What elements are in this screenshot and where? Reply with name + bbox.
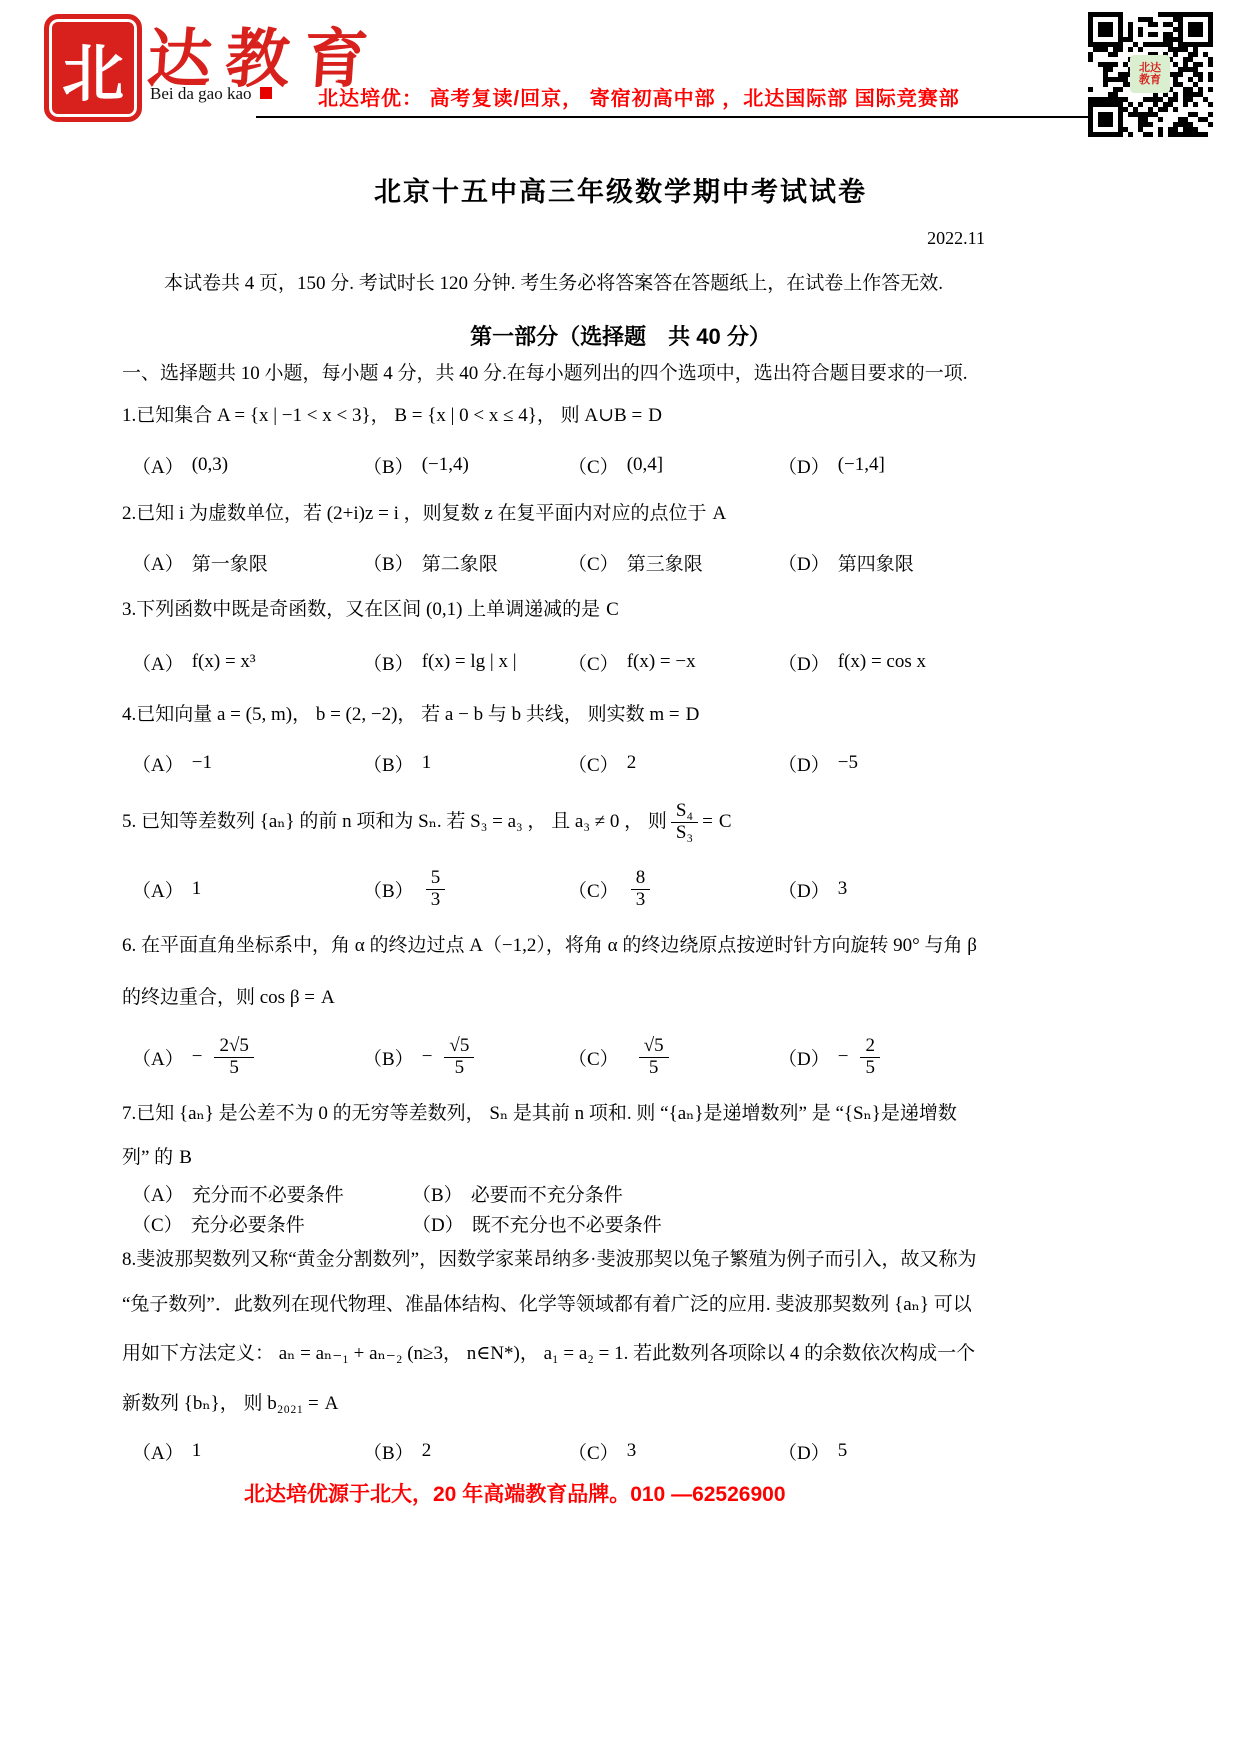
option-c: （C）充分必要条件 (132, 1210, 412, 1237)
question-7-stem-line1: 7.已知 {aₙ} 是公差不为 0 的无穷等差数列， Sₙ 是其前 n 项和. … (122, 1090, 1151, 1138)
option-a-label: （A） (132, 1438, 184, 1465)
question-3-options: （A）f(x) = x³ （B）f(x) = lg | x | （C）f(x) … (122, 634, 1151, 690)
option-d: （D）3 (778, 876, 1151, 903)
option-a: （A）1 (132, 876, 363, 903)
question-5-options: （A）1 （B）53 （C）83 （D）3 (122, 858, 1151, 920)
option-c-value: 2 (627, 752, 637, 774)
option-c-label: （C） (132, 1210, 183, 1237)
option-d-label: （D） (778, 1044, 830, 1071)
option-d-label: （D） (778, 1438, 830, 1465)
question-2-stem: 2.已知 i 为虚数单位，若 (2+i)z = i ，则复数 z 在复平面内对应… (122, 490, 1151, 538)
option-d-value: 第四象限 (838, 549, 914, 576)
question-7-answer: B (179, 1146, 192, 1170)
question-4-answer: D (686, 703, 700, 727)
brand-seal-logo: 北 (44, 14, 142, 122)
option-d-label: （D） (778, 649, 830, 676)
question-6-stem-line1: 6. 在平面直角坐标系中，角 α 的终边过点 A（−1,2），将角 α 的终边绕… (122, 920, 1151, 972)
fraction-denominator: 5 (450, 1058, 470, 1079)
red-square-icon (260, 87, 272, 99)
option-a: （A）1 (132, 1438, 363, 1465)
option-a: （A）−1 (132, 750, 363, 777)
question-8-answer: A (325, 1392, 339, 1416)
option-a: （A）−2√55 (132, 1036, 363, 1079)
question-8-options: （A）1 （B）2 （C）3 （D）5 (122, 1428, 1151, 1474)
option-d: （D）(−1,4] (778, 452, 1151, 479)
option-d-label: （D） (778, 452, 830, 479)
option-b-value: 1 (422, 752, 432, 774)
exam-notice: 本试卷共 4 页，150 分. 考试时长 120 分钟. 考生务必将答案答在答题… (122, 268, 1141, 295)
question-1-options: （A）(0,3) （B）(−1,4) （C）(0,4] （D）(−1,4] (122, 440, 1151, 490)
option-b-label: （B） (363, 452, 414, 479)
option-a: （A）f(x) = x³ (132, 649, 363, 676)
option-c-label: （C） (568, 1044, 619, 1071)
questions-area: 1.已知集合 A = {x | −1 < x < 3}， B = {x | 0 … (122, 392, 1151, 1474)
option-b: （B）−√55 (363, 1036, 568, 1079)
brand-subtext-label: Bei da gao kao (150, 84, 252, 103)
fraction-numerator: 5 (426, 868, 446, 890)
option-d: （D）f(x) = cos x (778, 649, 1151, 676)
option-b-label: （B） (363, 649, 414, 676)
option-c-fraction: 83 (631, 868, 651, 911)
question-5-stem: 5. 已知等差数列 {aₙ} 的前 n 项和为 Sₙ. 若 S₃ = a₃ ， … (122, 786, 1151, 858)
question-8-text-line2: “兔子数列”．此数列在现代物理、准晶体结构、化学等领域都有着广泛的应用. 斐波那… (122, 1293, 972, 1317)
option-a-value: 第一象限 (192, 549, 268, 576)
fraction-denominator: 5 (224, 1058, 244, 1079)
fraction-numerator: 2√5 (214, 1036, 253, 1058)
option-a-value: 1 (192, 1440, 202, 1462)
question-3-answer: C (606, 598, 619, 622)
option-b: （B）53 (363, 868, 568, 911)
qr-center-badge: 北达 教育 (1130, 55, 1170, 93)
question-8-stem-line1: 8.斐波那契数列又称“黄金分割数列”，因数学家莱昂纳多·斐波那契以兔子繁殖为例子… (122, 1238, 1151, 1282)
minus-sign: − (838, 1046, 849, 1068)
option-b: （B）f(x) = lg | x | (363, 649, 568, 676)
exam-paper-page: 北 达教育 Bei da gao kao 北达培优： 高考复读/回京， 寄宿初高… (0, 0, 1241, 1754)
option-b-value: 必要而不充分条件 (471, 1180, 623, 1207)
page-title: 北京十五中高三年级数学期中考试试卷 (0, 170, 1241, 209)
option-c-label: （C） (568, 1438, 619, 1465)
footer-slogan: 北达培优源于北大，20 年高端教育品牌。010 —62526900 (244, 1478, 786, 1508)
question-1-stem: 1.已知集合 A = {x | −1 < x < 3}， B = {x | 0 … (122, 392, 1151, 440)
option-c: （C）83 (568, 868, 778, 911)
question-2-text: 2.已知 i 为虚数单位，若 (2+i)z = i ，则复数 z 在复平面内对应… (122, 502, 707, 526)
option-a-value: (0,3) (192, 454, 228, 476)
option-c-value: f(x) = −x (627, 651, 696, 673)
header: 北 达教育 Bei da gao kao 北达培优： 高考复读/回京， 寄宿初高… (0, 0, 1241, 150)
option-b-value: f(x) = lg | x | (422, 651, 517, 673)
option-c-label: （C） (568, 549, 619, 576)
option-a-value: f(x) = x³ (192, 651, 256, 673)
seal-character: 北 (62, 24, 124, 113)
question-2-answer: A (713, 502, 727, 526)
question-5-answer: C (719, 810, 732, 834)
option-d-value: 既不充分也不必要条件 (472, 1210, 662, 1237)
option-c-label: （C） (568, 649, 619, 676)
fraction-denominator: 3 (631, 890, 651, 911)
option-b-label: （B） (363, 1044, 414, 1071)
option-a-value: 1 (192, 878, 202, 900)
option-a-label: （A） (132, 1044, 184, 1071)
option-a-label: （A） (132, 649, 184, 676)
option-a-label: （A） (132, 750, 184, 777)
option-b: （B）必要而不充分条件 (412, 1180, 1151, 1207)
question-6-answer: A (321, 986, 335, 1010)
option-d: （D）第四象限 (778, 549, 1151, 576)
option-c: （C）第三象限 (568, 549, 778, 576)
option-d-label: （D） (778, 549, 830, 576)
qr-badge-line1: 北达 (1139, 62, 1161, 74)
option-c-label: （C） (568, 876, 619, 903)
option-d: （D）−5 (778, 750, 1151, 777)
option-b-value: (−1,4) (422, 454, 469, 476)
fraction-numerator: 2 (860, 1036, 880, 1058)
option-a: （A）充分而不必要条件 (132, 1180, 412, 1207)
minus-sign: − (422, 1046, 433, 1068)
question-2-options: （A）第一象限 （B）第二象限 （C）第三象限 （D）第四象限 (122, 538, 1151, 586)
option-c-value: 3 (627, 1440, 637, 1462)
fraction-denominator: S₃ (671, 823, 698, 844)
part1-instruction: 一、选择题共 10 小题，每小题 4 分，共 40 分.在每小题列出的四个选项中… (122, 358, 1151, 385)
question-8-stem-line4: 新数列 {bₙ}， 则 b₂₀₂₁ = A (122, 1380, 1151, 1428)
option-d-fraction: 25 (860, 1036, 880, 1079)
question-8-stem-line2: “兔子数列”．此数列在现代物理、准晶体结构、化学等领域都有着广泛的应用. 斐波那… (122, 1282, 1151, 1328)
option-a-label: （A） (132, 1180, 184, 1207)
option-a-value: −1 (192, 752, 212, 774)
fraction-denominator: 5 (644, 1058, 664, 1079)
option-b-label: （B） (363, 1438, 414, 1465)
question-8-text-line4: 新数列 {bₙ}， 则 b₂₀₂₁ = (122, 1392, 319, 1416)
option-a-label: （A） (132, 549, 184, 576)
question-7-stem-line2: 列” 的 B (122, 1138, 1151, 1178)
fraction-numerator: √5 (444, 1036, 474, 1058)
option-b-fraction: 53 (426, 868, 446, 911)
fraction-numerator: S₄ (671, 801, 698, 823)
minus-sign: − (192, 1046, 203, 1068)
option-c-label: （C） (568, 452, 619, 479)
question-8-text-line1: 8.斐波那契数列又称“黄金分割数列”，因数学家莱昂纳多·斐波那契以兔子繁殖为例子… (122, 1248, 976, 1272)
option-d: （D）既不充分也不必要条件 (412, 1210, 1151, 1237)
question-8-stem-line3: 用如下方法定义： aₙ = aₙ₋₁ + aₙ₋₂ (n≥3， n∈N*)， a… (122, 1328, 1151, 1380)
qr-badge-line2: 教育 (1139, 74, 1161, 86)
option-b: （B）1 (363, 750, 568, 777)
fraction-numerator: √5 (639, 1036, 669, 1058)
brand-subtext: Bei da gao kao (150, 84, 272, 104)
question-6-text-line2: 的终边重合，则 cos β = (122, 986, 315, 1010)
question-6-stem-line2: 的终边重合，则 cos β = A (122, 972, 1151, 1024)
question-1-answer: D (648, 404, 662, 428)
option-c-label: （C） (568, 750, 619, 777)
option-d-value: −5 (838, 752, 858, 774)
option-d: （D）−25 (778, 1036, 1151, 1079)
option-a-label: （A） (132, 876, 184, 903)
option-c: （C）3 (568, 1438, 778, 1465)
option-a-fraction: 2√55 (214, 1036, 253, 1079)
option-d-value: f(x) = cos x (838, 651, 926, 673)
question-7-options-row1: （A）充分而不必要条件 （B）必要而不充分条件 (122, 1178, 1151, 1208)
question-6-text-line1: 6. 在平面直角坐标系中，角 α 的终边过点 A（−1,2），将角 α 的终边绕… (122, 934, 977, 958)
question-1-text: 1.已知集合 A = {x | −1 < x < 3}， B = {x | 0 … (122, 404, 642, 428)
option-c: （C）2 (568, 750, 778, 777)
option-c-value: 第三象限 (627, 549, 703, 576)
option-a: （A）(0,3) (132, 452, 363, 479)
option-d-value: (−1,4] (838, 454, 885, 476)
option-d-value: 3 (838, 878, 848, 900)
question-6-options: （A）−2√55 （B）−√55 （C）√55 （D）−25 (122, 1024, 1151, 1090)
option-d-label: （D） (778, 750, 830, 777)
option-a: （A）第一象限 (132, 549, 363, 576)
option-b-label: （B） (412, 1180, 463, 1207)
question-7-options-row2: （C）充分必要条件 （D）既不充分也不必要条件 (122, 1208, 1151, 1238)
option-b-label: （B） (363, 876, 414, 903)
header-divider (256, 116, 1106, 118)
option-b-value: 2 (422, 1440, 432, 1462)
question-7-text-line2: 列” 的 (122, 1146, 173, 1170)
option-c-value: (0,4] (627, 454, 663, 476)
option-b: （B）(−1,4) (363, 452, 568, 479)
option-c: （C）f(x) = −x (568, 649, 778, 676)
part1-heading: 第一部分（选择题 共 40 分） (0, 320, 1241, 351)
question-4-options: （A）−1 （B）1 （C）2 （D）−5 (122, 740, 1151, 786)
option-d-label: （D） (778, 876, 830, 903)
fraction-denominator: 3 (426, 890, 446, 911)
option-a-label: （A） (132, 452, 184, 479)
option-d-label: （D） (412, 1210, 464, 1237)
option-b-label: （B） (363, 750, 414, 777)
question-3-text: 3.下列函数中既是奇函数，又在区间 (0,1) 上单调递减的是 (122, 598, 600, 622)
header-tagline: 北达培优： 高考复读/回京， 寄宿初高中部 ，北达国际部 国际竞赛部 (318, 82, 960, 111)
fraction-denominator: 5 (860, 1058, 880, 1079)
option-c-value: 充分必要条件 (191, 1210, 305, 1237)
option-b-value: 第二象限 (422, 549, 498, 576)
option-d-value: 5 (838, 1440, 848, 1462)
question-5-text-pre: 5. 已知等差数列 {aₙ} 的前 n 项和为 Sₙ. 若 S₃ = a₃ ， … (122, 810, 667, 834)
option-c-fraction: √55 (639, 1036, 669, 1079)
fraction-numerator: 8 (631, 868, 651, 890)
option-b-label: （B） (363, 549, 414, 576)
fraction-s4-s3: S₄S₃ (671, 801, 698, 844)
option-c: （C）(0,4] (568, 452, 778, 479)
question-3-stem: 3.下列函数中既是奇函数，又在区间 (0,1) 上单调递减的是 C (122, 586, 1151, 634)
question-4-text: 4.已知向量 a = (5, m)， b = (2, −2)， 若 a − b … (122, 703, 680, 727)
option-b: （B）2 (363, 1438, 568, 1465)
option-d: （D）5 (778, 1438, 1151, 1465)
exam-date: 2022.11 (927, 228, 985, 249)
option-b: （B）第二象限 (363, 549, 568, 576)
option-c: （C）√55 (568, 1036, 778, 1079)
option-b-fraction: √55 (444, 1036, 474, 1079)
option-a-value: 充分而不必要条件 (192, 1180, 344, 1207)
question-4-stem: 4.已知向量 a = (5, m)， b = (2, −2)， 若 a − b … (122, 690, 1151, 740)
question-7-text-line1: 7.已知 {aₙ} 是公差不为 0 的无穷等差数列， Sₙ 是其前 n 项和. … (122, 1102, 957, 1126)
question-8-text-line3: 用如下方法定义： aₙ = aₙ₋₁ + aₙ₋₂ (n≥3， n∈N*)， a… (122, 1342, 975, 1366)
question-5-text-post: = (702, 810, 713, 834)
